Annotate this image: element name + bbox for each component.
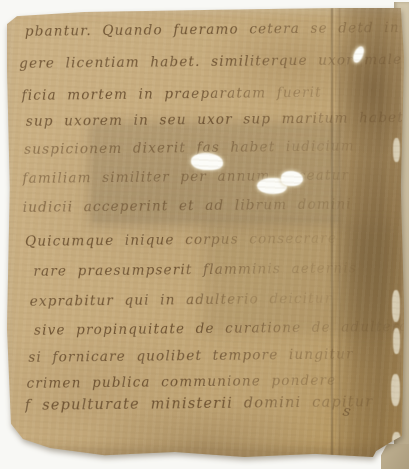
manuscript-line: iudicii acceperint et ad librum domini: [23, 196, 352, 215]
manuscript-line: crimen publica communione pondere: [26, 373, 336, 392]
edge-damage-chip: [392, 432, 401, 454]
manuscript-line: pbantur. Quando fueramo cetera se detd i…: [25, 20, 400, 40]
manuscript-text-block: pbantur. Quando fueramo cetera se detd i…: [5, 8, 404, 457]
parchment-leaf: pbantur. Quando fueramo cetera se detd i…: [5, 8, 404, 457]
parchment-hole: [281, 171, 303, 186]
edge-damage-chip: [391, 374, 400, 406]
manuscript-line: sup uxorem in seu uxor sup maritum habet: [26, 110, 404, 130]
manuscript-line: gere licentiam habet. similiterque uxor …: [19, 52, 402, 72]
manuscript-line: Quicumque inique corpus consecrare: [25, 231, 337, 250]
manuscript-line: exprabitur qui in adulterio deicitur: [30, 291, 333, 310]
edge-damage-chip: [393, 328, 400, 354]
manuscript-line: ficia mortem in praeparatam fuerit: [21, 85, 321, 104]
manuscript-line: f sepulturate ministerii domini capitur: [25, 394, 374, 414]
manuscript-line: suspicionem dixerit fas habet iudicium: [24, 138, 355, 157]
manuscript-line: si fornicare quolibet tempore iungitur: [28, 346, 354, 365]
edge-damage-chip: [393, 138, 400, 162]
edge-damage-chip: [392, 290, 400, 322]
manuscript-line: sive propinquitate de curatione de adult…: [34, 319, 404, 339]
parchment-leaf-wrapper: pbantur. Quando fueramo cetera se detd i…: [5, 8, 404, 457]
parchment-hole: [191, 153, 223, 170]
manuscript-line: rare praesumpserit flamminis aeternis: [33, 260, 357, 279]
scan-background: pbantur. Quando fueramo cetera se detd i…: [0, 0, 409, 469]
